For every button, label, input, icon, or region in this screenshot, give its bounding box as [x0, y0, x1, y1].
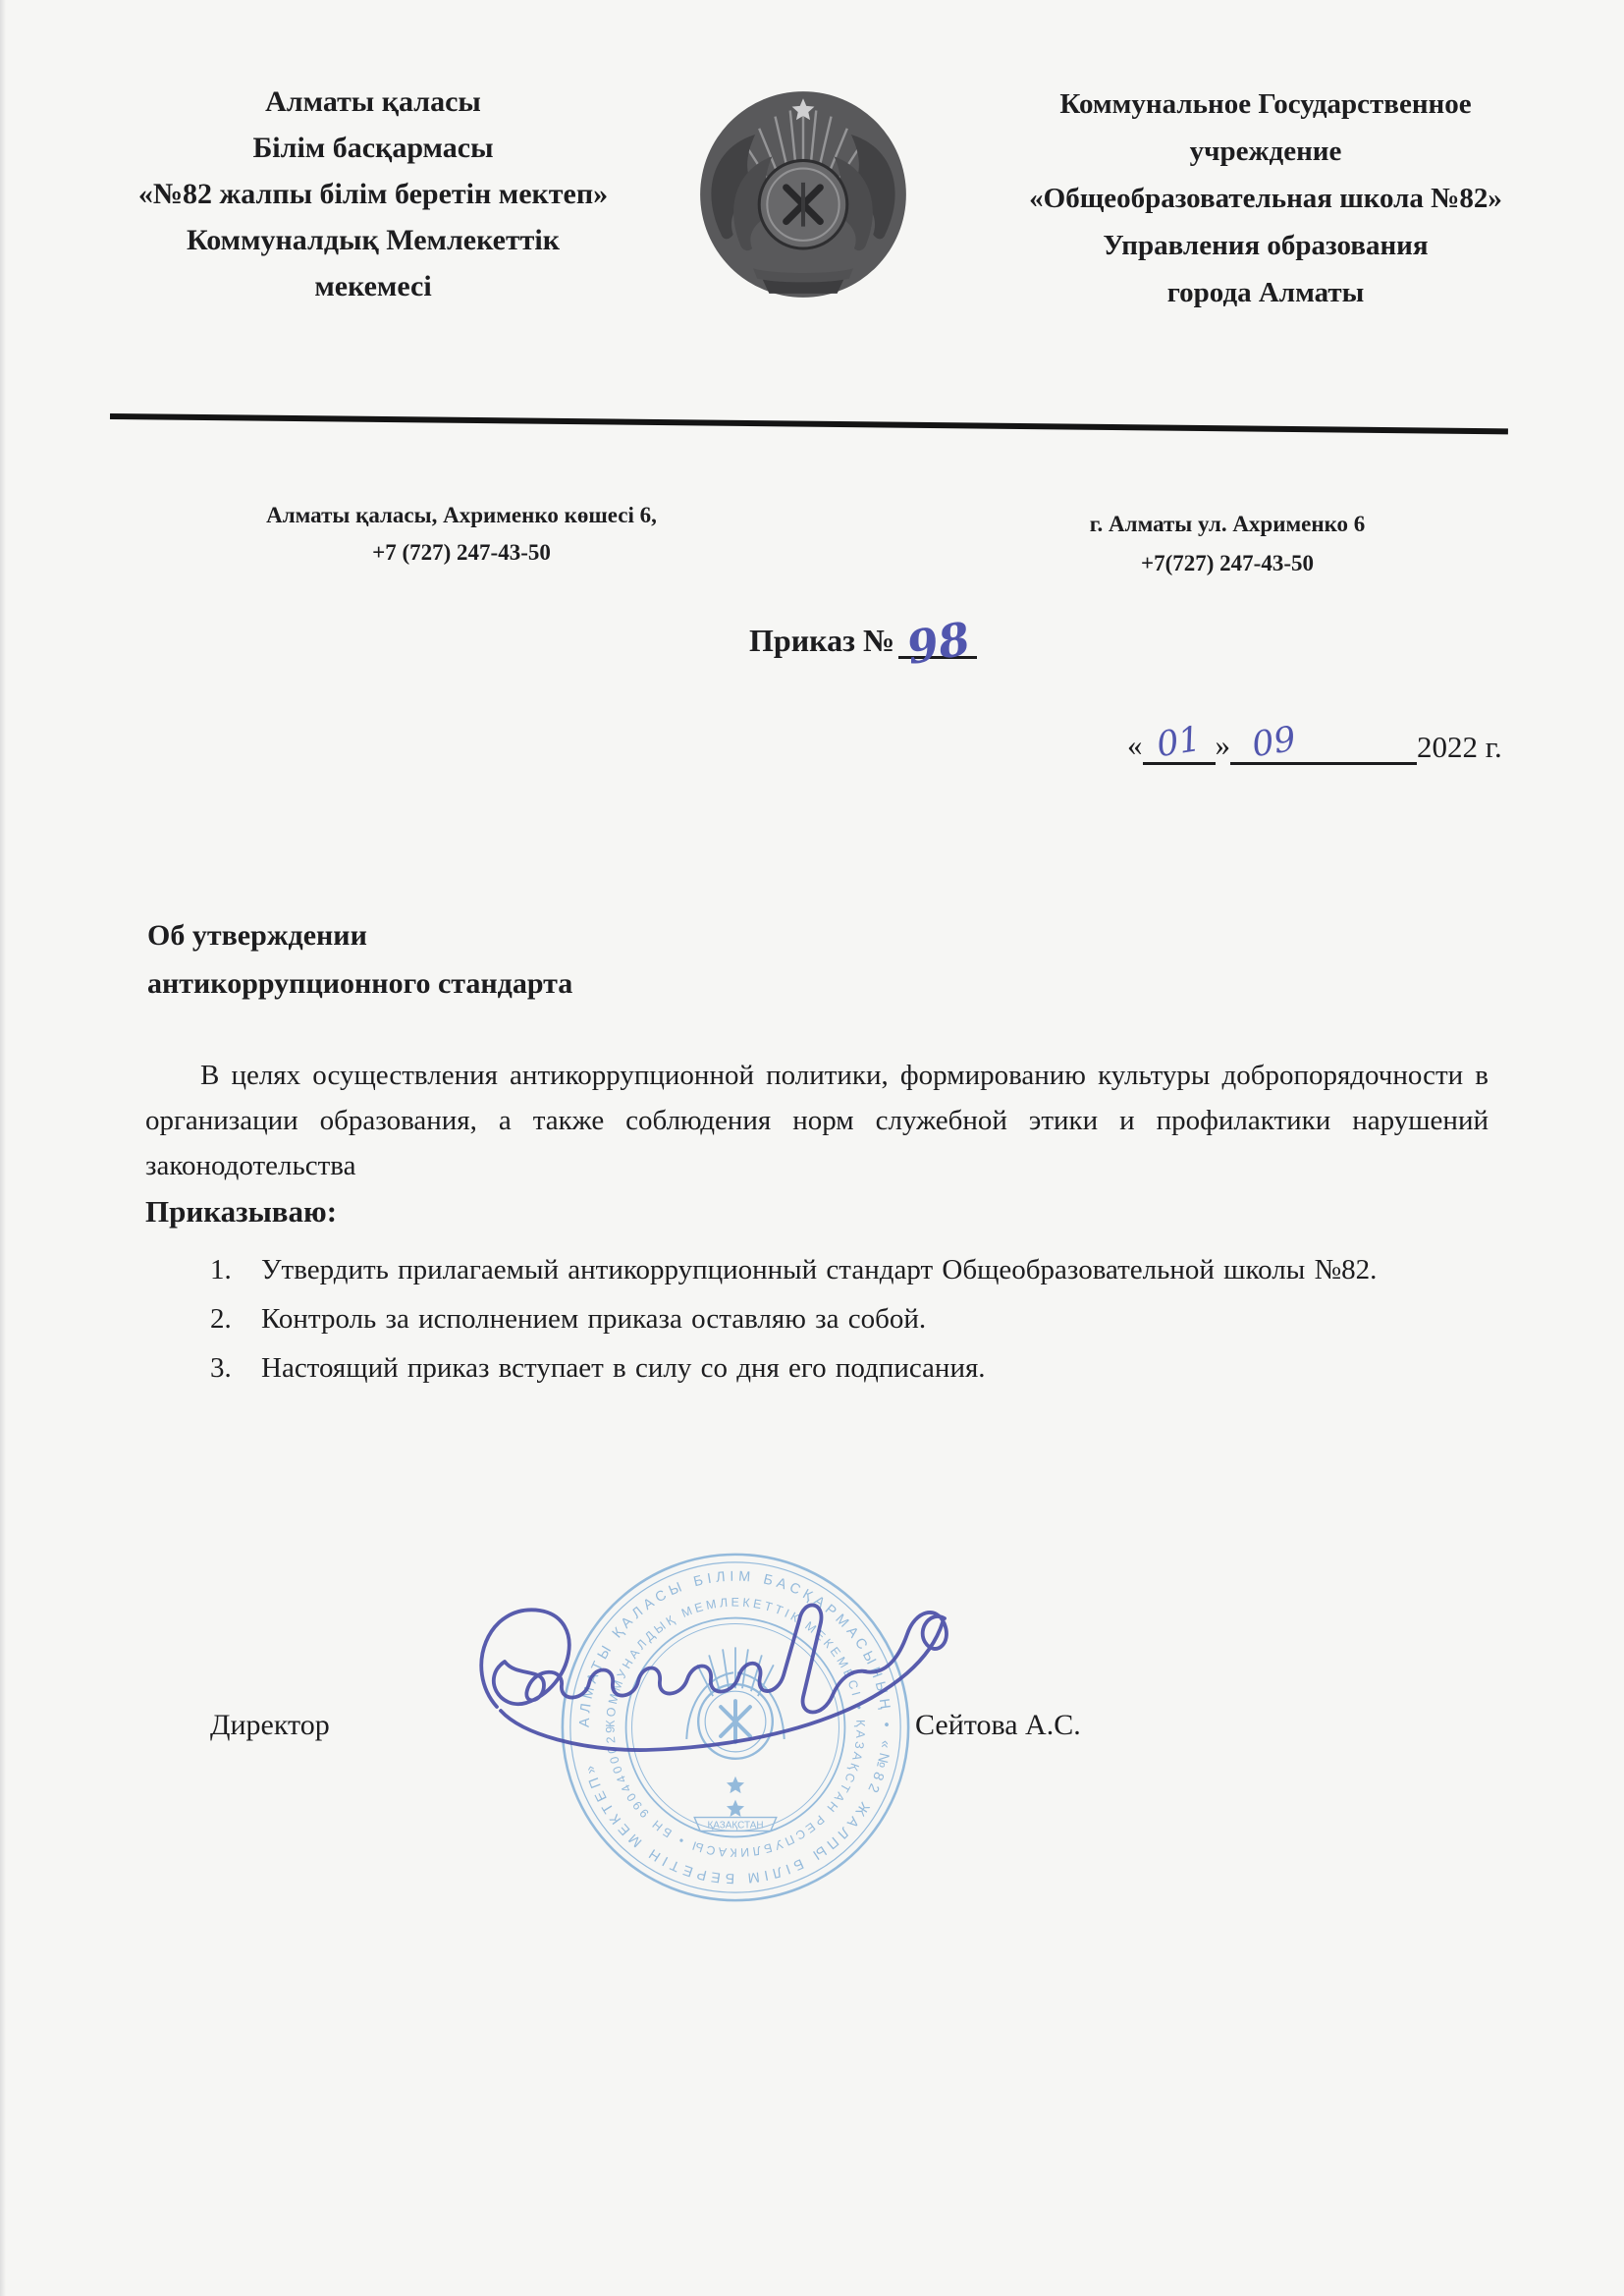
order-items-list: 1. Утвердить прилагаемый антикоррупционн…	[210, 1247, 1492, 1394]
date-month-handwritten: 09	[1249, 720, 1298, 765]
list-item-text: Контроль за исполнением приказа оставляю…	[261, 1296, 1492, 1341]
letterhead-kazakh-block: Алматы қаласы Білім басқармасы «№82 жалп…	[116, 79, 630, 309]
subject-line: антикоррупционного стандарта	[147, 959, 572, 1008]
letterhead-line: «Общеобразовательная школа №82»	[982, 175, 1549, 222]
letterhead-line: города Алматы	[982, 269, 1549, 316]
list-item: 3. Настоящий приказ вступает в силу со д…	[210, 1345, 1492, 1391]
letterhead-line: учреждение	[982, 128, 1549, 175]
address-line: г. Алматы ул. Ахрименко 6	[1039, 505, 1416, 544]
director-signature-ink	[454, 1552, 1082, 1797]
date-open-quote: «	[1127, 728, 1143, 762]
date-day-underline: 01	[1143, 721, 1216, 765]
scanned-order-document: { "header": { "left": { "lines": ["Алмат…	[0, 0, 1624, 2296]
letterhead-line: Управления образования	[982, 222, 1549, 269]
order-body-paragraph: В целях осуществления антикоррупционной …	[145, 1053, 1489, 1188]
list-item-number: 3.	[210, 1345, 261, 1391]
list-item-number: 1.	[210, 1247, 261, 1292]
letterhead-line: Білім басқармасы	[116, 125, 630, 171]
phone-line: +7 (727) 247-43-50	[234, 534, 689, 572]
order-number-handwritten: 98	[903, 612, 974, 675]
letterhead-line: «№82 жалпы білім беретін мектеп»	[116, 171, 630, 217]
scan-edge-shading	[0, 0, 6, 2296]
list-item-number: 2.	[210, 1296, 261, 1341]
letterhead-line: Коммунальное Государственное	[982, 81, 1549, 128]
emblem-shanyrak-center	[759, 160, 847, 248]
signature-name: Сейтова А.С.	[915, 1709, 1081, 1742]
order-title: Приказ №98	[749, 613, 977, 659]
letterhead-line: мекемесі	[116, 263, 630, 309]
stamp-bottom-banner: ҚАЗАҚСТАН	[694, 1818, 777, 1831]
letterhead-line: Коммуналдық Мемлекеттік	[116, 217, 630, 263]
order-subject: Об утверждении антикоррупционного станда…	[147, 911, 572, 1008]
order-number-underline: 98	[898, 613, 977, 659]
phone-line: +7(727) 247-43-50	[1039, 544, 1416, 583]
date-month-underline: 09	[1230, 721, 1417, 765]
address-line: Алматы қаласы, Ахрименко көшесі 6,	[234, 497, 689, 534]
list-item: 1. Утвердить прилагаемый антикоррупционн…	[210, 1247, 1492, 1292]
contact-block-kazakh: Алматы қаласы, Ахрименко көшесі 6, +7 (7…	[234, 497, 689, 572]
list-item-text: Утвердить прилагаемый антикоррупционный …	[261, 1247, 1492, 1292]
date-day-handwritten: 01	[1155, 720, 1204, 765]
order-title-label: Приказ №	[749, 623, 894, 658]
date-year: 2022 г.	[1417, 730, 1502, 764]
subject-line: Об утверждении	[147, 911, 572, 959]
list-item: 2. Контроль за исполнением приказа остав…	[210, 1296, 1492, 1341]
stamp-banner-caption: ҚАЗАҚСТАН	[707, 1820, 763, 1831]
order-date: «01»092022 г.	[1127, 721, 1502, 765]
signature-role-label: Директор	[210, 1709, 330, 1742]
header-divider-rule	[110, 413, 1508, 434]
list-item-text: Настоящий приказ вступает в силу со дня …	[261, 1345, 1492, 1391]
contact-block-russian: г. Алматы ул. Ахрименко 6 +7(727) 247-43…	[1039, 505, 1416, 583]
letterhead-russian-block: Коммунальное Государственное учреждение …	[982, 81, 1549, 316]
date-close-quote: »	[1216, 728, 1231, 762]
kazakhstan-emblem-icon	[693, 82, 913, 302]
letterhead-line: Алматы қаласы	[116, 79, 630, 125]
directive-label: Приказываю:	[145, 1194, 337, 1230]
